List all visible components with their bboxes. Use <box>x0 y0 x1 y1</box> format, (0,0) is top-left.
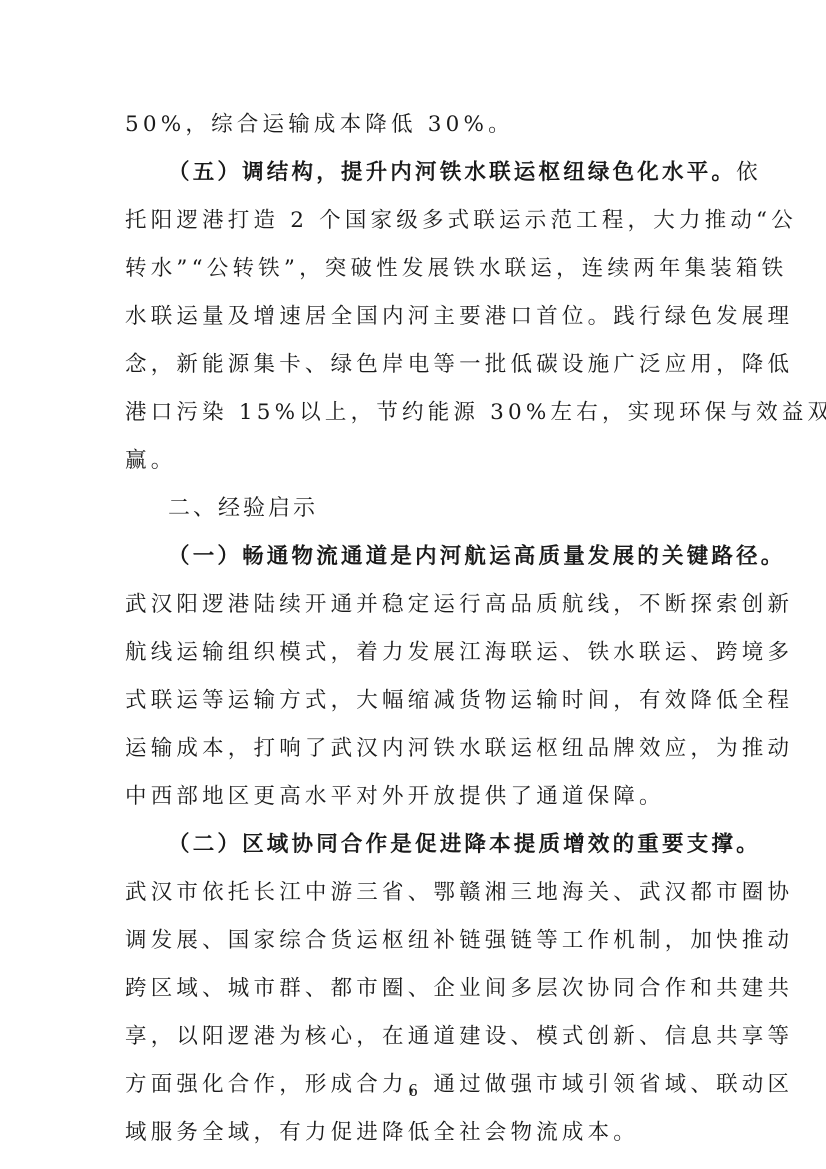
document-page: 50%，综合运输成本降低 30%。 （五）调结构，提升内河铁水联运枢纽绿色化水平… <box>0 0 826 1169</box>
body-line: 享，以阳逻港为核心，在通道建设、模式创新、信息共享等 <box>125 1022 705 1052</box>
body-line: 50%，综合运输成本降低 30%。 <box>125 110 705 140</box>
body-line: 航线运输组织模式，着力发展江海联运、铁水联运、跨境多 <box>125 638 705 668</box>
body-text: 依 <box>736 160 762 185</box>
section-heading: 二、经验启示 <box>168 494 318 524</box>
body-line: 武汉市依托长江中游三省、鄂赣湘三地海关、武汉都市圈协 <box>125 878 705 908</box>
subheading-two: （二）区域协同合作是促进降本提质增效的重要支撑。 <box>168 830 705 860</box>
body-line: 赢。 <box>125 446 705 476</box>
subheading-two-title: （二）区域协同合作是促进降本提质增效的重要支撑。 <box>168 832 761 857</box>
body-line: 港口污染 15%以上，节约能源 30%左右，实现环保与效益双 <box>125 398 705 428</box>
body-line: 转水”“公转铁”，突破性发展铁水联运，连续两年集装箱铁 <box>125 254 705 284</box>
body-line: 式联运等运输方式，大幅缩减货物运输时间，有效降低全程 <box>125 686 705 716</box>
body-line: 域服务全域，有力促进降低全社会物流成本。 <box>125 1118 705 1148</box>
body-line: 中西部地区更高水平对外开放提供了通道保障。 <box>125 782 705 812</box>
page-number: 6 <box>0 1080 826 1101</box>
body-line: 跨区域、城市群、都市圈、企业间多层次协同合作和共建共 <box>125 974 705 1004</box>
body-line: 念，新能源集卡、绿色岸电等一批低碳设施广泛应用，降低 <box>125 350 705 380</box>
body-line: 水联运量及增速居全国内河主要港口首位。践行绿色发展理 <box>125 302 705 332</box>
body-line: 武汉阳逻港陆续开通并稳定运行高品质航线，不断探索创新 <box>125 590 705 620</box>
body-line: 托阳逻港打造 2 个国家级多式联运示范工程，大力推动“公 <box>125 206 705 236</box>
subheading-five: （五）调结构，提升内河铁水联运枢纽绿色化水平。依 <box>168 158 705 188</box>
subheading-five-title: （五）调结构，提升内河铁水联运枢纽绿色化水平。 <box>168 160 736 185</box>
subheading-one-title: （一）畅通物流通道是内河航运高质量发展的关键路径。 <box>168 544 786 569</box>
subheading-one: （一）畅通物流通道是内河航运高质量发展的关键路径。 <box>168 542 705 572</box>
body-line: 调发展、国家综合货运枢纽补链强链等工作机制，加快推动 <box>125 926 705 956</box>
body-line: 运输成本，打响了武汉内河铁水联运枢纽品牌效应，为推动 <box>125 734 705 764</box>
